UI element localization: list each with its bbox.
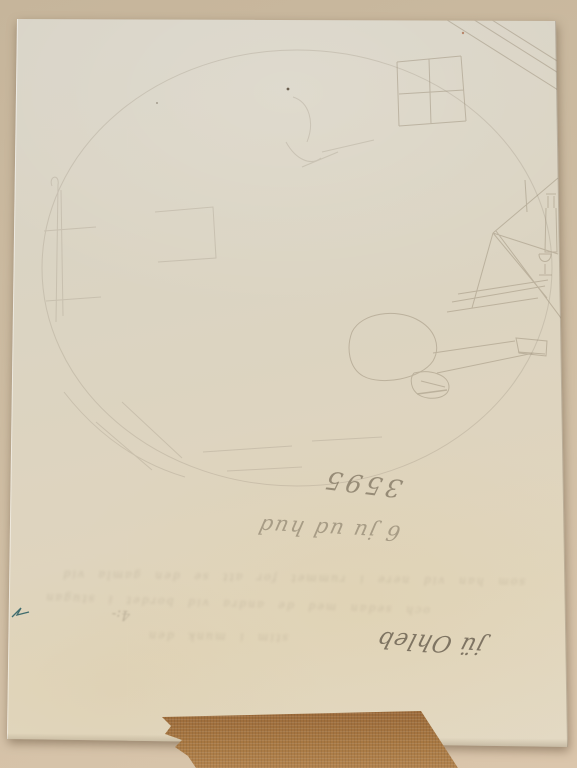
sketch-oval [42, 50, 552, 486]
blue-ink-mark [12, 608, 29, 617]
pencil-sketch [0, 0, 577, 768]
sketch-figures [349, 16, 567, 398]
photograph: 3595 6 ju ud hud jü Ohleb som han vid ne… [0, 0, 577, 768]
sketch-glass [539, 254, 552, 275]
erased-price-mark: 4:- [90, 605, 131, 623]
sketch-window-grid [397, 56, 466, 126]
paper-shadow: 3595 6 ju ud hud jü Ohleb som han vid ne… [0, 0, 577, 768]
artwork-paper-verso: 3595 6 ju ud hud jü Ohleb som han vid ne… [0, 0, 577, 768]
sketch-reclining-figure [349, 313, 437, 380]
sketch-shoe [516, 338, 547, 356]
